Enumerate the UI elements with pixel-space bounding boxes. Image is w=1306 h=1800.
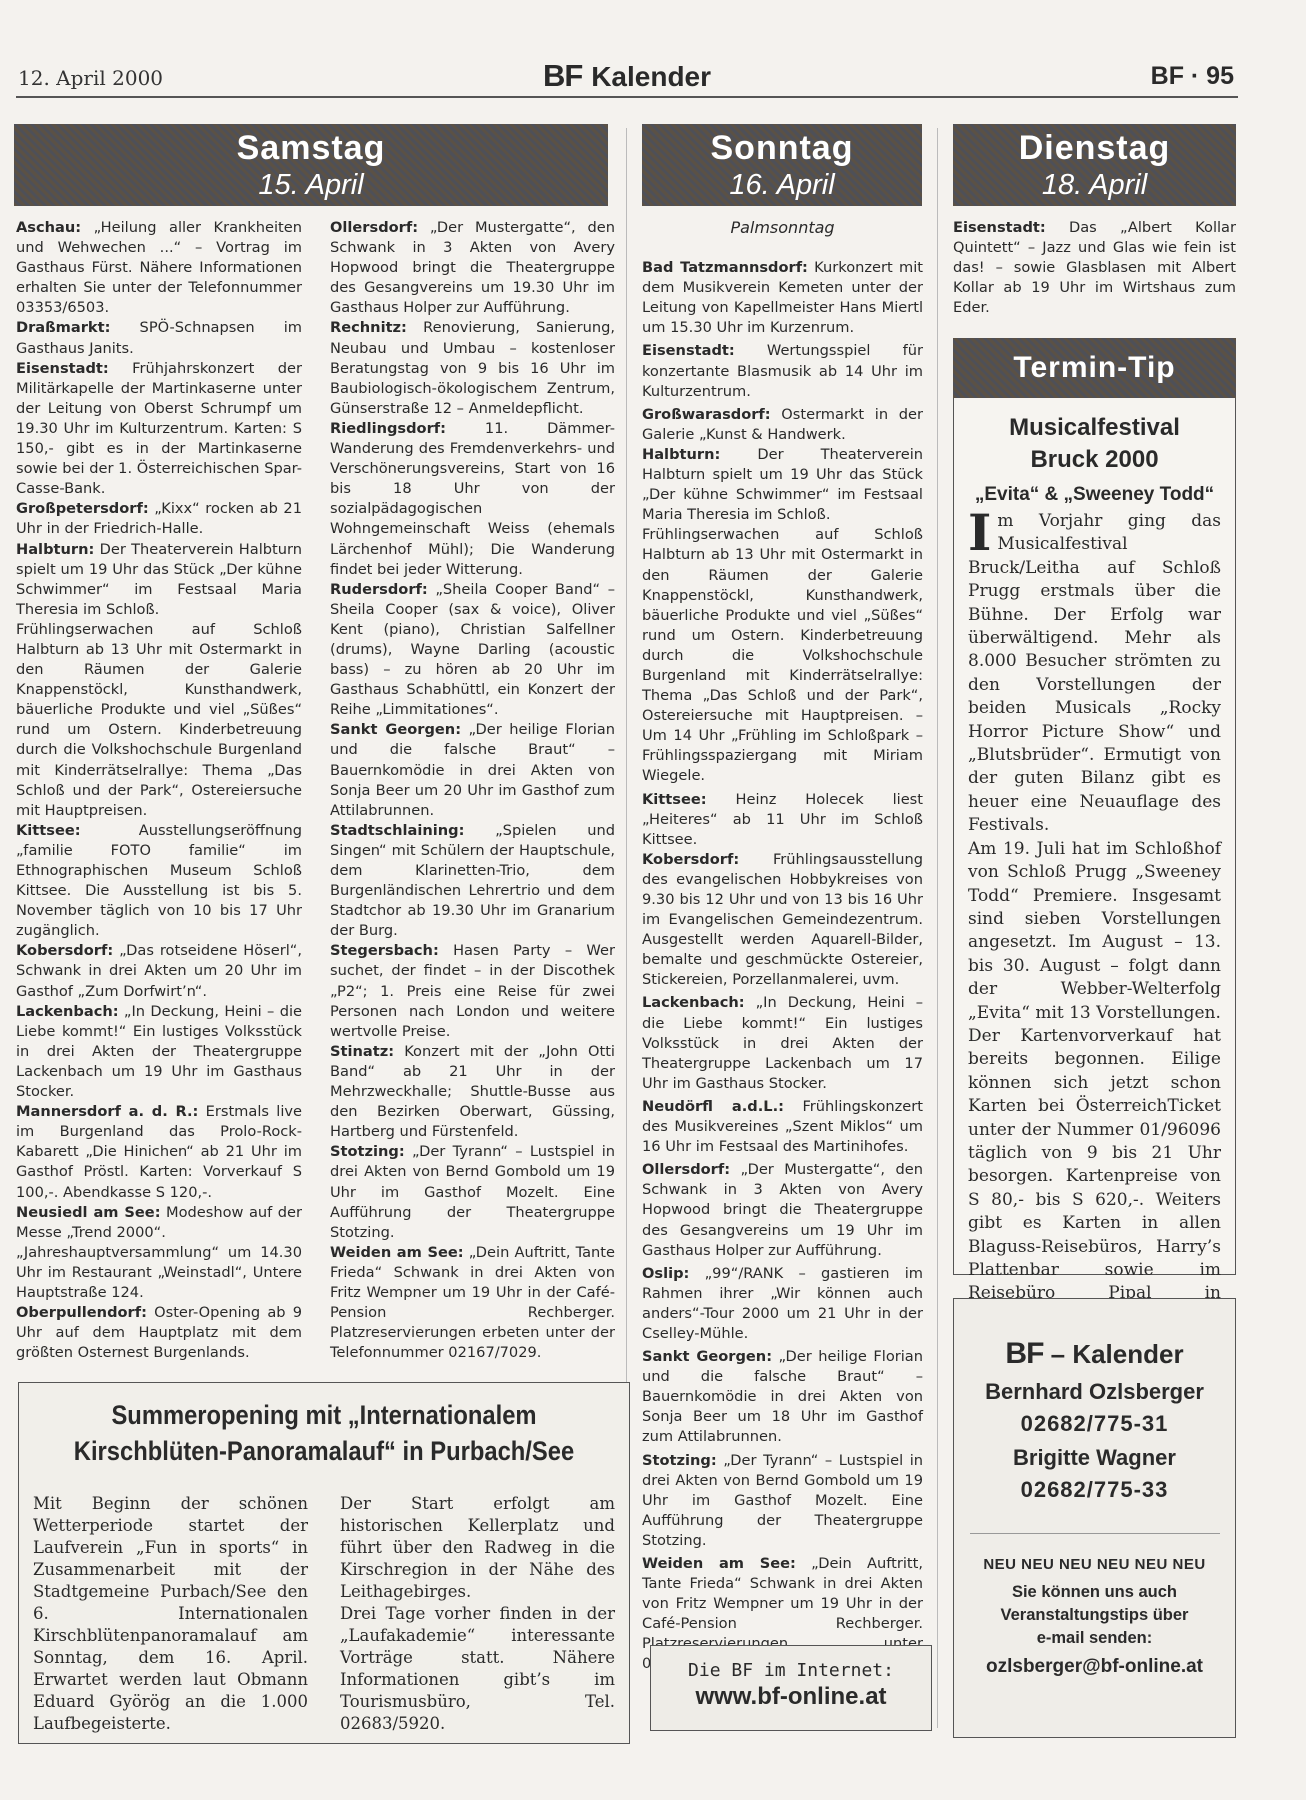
event-entry: Halbturn: Der Theaterverein Halbturn spi… (16, 540, 302, 620)
summeropening-article: Summeropening mit „Internationalem Kirsc… (18, 1382, 630, 1744)
contact-box: BF – Kalender Bernhard Ozlsberger 02682/… (953, 1298, 1236, 1738)
contact-name: Bernhard Ozlsberger (954, 1379, 1235, 1405)
article-headline: Summeropening mit „Internationalem Kirsc… (56, 1397, 593, 1469)
termin-tip-subtitle: „Evita“ & „Sweeney Todd“ (954, 484, 1235, 506)
event-entry: Frühlingserwachen auf Schloß Halbturn ab… (16, 620, 302, 821)
page-number: BF · 95 (1151, 62, 1234, 91)
event-entry: Sankt Georgen: „Der heilige Florian und … (330, 720, 615, 820)
banner-dienstag: Dienstag 18. April (953, 124, 1236, 206)
banner-day: Samstag (14, 124, 608, 168)
termin-tip-box: Musicalfestival Bruck 2000 „Evita“ & „Sw… (953, 398, 1236, 1275)
article-column-1: Mit Beginn der schönen Wetterperiode sta… (33, 1493, 308, 1735)
event-entry: Kobersdorf: „Das rotseidene Höserl“, Sch… (16, 941, 302, 1001)
termin-tip-header: Termin-Tip (953, 338, 1236, 398)
event-entry: Kittsee: Ausstellungseröffnung „familie … (16, 821, 302, 942)
banner-day: Dienstag (953, 124, 1236, 168)
event-entry: Neudörfl a.d.L.: Frühlingskonzert des Mu… (642, 1097, 923, 1157)
holiday-subtitle: Palmsonntag (642, 218, 923, 238)
event-entry: Lackenbach: „In Deckung, Heini – die Lie… (642, 993, 923, 1093)
new-badge: NEU NEU NEU NEU NEU NEU (954, 1556, 1235, 1573)
event-entry: Oberpullendorf: Oster-Opening ab 9 Uhr a… (16, 1303, 302, 1363)
dienstag-column: Eisenstadt: Das „Albert Kollar Quintett“… (953, 218, 1236, 318)
website-link[interactable]: www.bf-online.at (651, 1683, 931, 1711)
event-entry: Kittsee: Heinz Holecek liest „Heiteres“ … (642, 790, 923, 850)
event-entry: Großwarasdorf: Ostermarkt in der Galerie… (642, 405, 923, 445)
contact-message: Sie können uns auch Veranstaltungstips ü… (954, 1581, 1235, 1650)
contact-phone: 02682/775-31 (954, 1411, 1235, 1437)
internet-label: Die BF im Internet: (651, 1660, 931, 1681)
masthead: 12. April 2000 BF Kalender BF · 95 (16, 52, 1238, 98)
termin-tip-title: Musicalfestival Bruck 2000 (954, 412, 1235, 476)
event-entry: Rudersdorf: „Sheila Cooper Band“ – Sheil… (330, 580, 615, 721)
contact-name: Brigitte Wagner (954, 1445, 1235, 1471)
drop-cap: I (968, 512, 991, 554)
event-entry: Stinatz: Konzert mit der „John Otti Band… (330, 1042, 615, 1142)
bf-logo: BF (1005, 1337, 1043, 1370)
contact-phone: 02682/775-33 (954, 1477, 1235, 1503)
divider (970, 1533, 1220, 1534)
section-name: Kalender (591, 61, 711, 92)
event-entry: Stotzing: „Der Tyrann“ – Lustspiel in dr… (642, 1451, 923, 1551)
event-entry: Stegersbach: Hasen Party – Wer suchet, d… (330, 941, 615, 1041)
event-entry: „Jahreshauptversammlung“ um 14.30 Uhr im… (16, 1243, 302, 1303)
section-title: BF Kalender (16, 58, 1238, 94)
event-entry: Stadtschlaining: „Spielen und Singen“ mi… (330, 821, 615, 942)
banner-sonntag: Sonntag 16. April (642, 124, 922, 206)
samstag-column-2: Ollersdorf: „Der Mustergatte“, den Schwa… (330, 218, 615, 1363)
internet-box: Die BF im Internet: www.bf-online.at (650, 1645, 932, 1731)
event-entry: Mannersdorf a. d. R.: Erstmals live im B… (16, 1102, 302, 1202)
banner-date: 16. April (642, 168, 922, 202)
event-entry: Eisenstadt: Frühjahrskonzert der Militär… (16, 359, 302, 500)
event-entry: Stotzing: „Der Tyrann“ – Lustspiel in dr… (330, 1142, 615, 1242)
event-entry: Großpetersdorf: „Kixx“ rocken ab 21 Uhr … (16, 499, 302, 539)
article-column-2: Der Start erfolgt am historischen Keller… (340, 1493, 615, 1735)
event-entry: Eisenstadt: Das „Albert Kollar Quintett“… (953, 218, 1236, 318)
newspaper-page: 12. April 2000 BF Kalender BF · 95 Samst… (0, 0, 1306, 1800)
event-entry: Weiden am See: „Dein Auftritt, Tante Fri… (330, 1243, 615, 1364)
column-divider (937, 128, 938, 1728)
event-entry: Rechnitz: Renovierung, Sanierung, Neubau… (330, 318, 615, 418)
event-entry: Lackenbach: „In Deckung, Heini – die Lie… (16, 1002, 302, 1102)
contact-title: BF – Kalender (954, 1337, 1235, 1371)
termin-tip-body: Im Vorjahr ging das Musicalfestival Bruc… (968, 510, 1221, 1329)
event-entry: Oslip: „99“/RANK – gastieren im Rahmen i… (642, 1264, 923, 1344)
event-entry: Neusiedl am See: Modeshow auf der Messe … (16, 1203, 302, 1243)
event-entry: Draßmarkt: SPÖ-Schnapsen im Gasthaus Jan… (16, 318, 302, 358)
event-entry: Aschau: „Heilung aller Krankheiten und W… (16, 218, 302, 318)
event-entry: Bad Tatzmannsdorf: Kurkonzert mit dem Mu… (642, 258, 923, 338)
event-entry: Ollersdorf: „Der Mustergatte“, den Schwa… (330, 218, 615, 318)
sonntag-column: Palmsonntag Bad Tatzmannsdorf: Kurkonzer… (642, 218, 923, 1675)
event-entry: Riedlingsdorf: 11. Dämmer-Wanderung des … (330, 419, 615, 580)
event-entry: Ollersdorf: „Der Mustergatte“, den Schwa… (642, 1160, 923, 1260)
event-entry: Eisenstadt: Wertungsspiel für konzertant… (642, 341, 923, 401)
banner-day: Sonntag (642, 124, 922, 168)
banner-date: 15. April (14, 168, 608, 202)
event-entry: Sankt Georgen: „Der heilige Florian und … (642, 1347, 923, 1447)
banner-samstag: Samstag 15. April (14, 124, 608, 206)
event-entry: Kobersdorf: Frühlingsausstellung des eva… (642, 850, 923, 991)
email-link[interactable]: ozlsberger@bf-online.at (954, 1656, 1235, 1678)
bf-logo: BF (543, 58, 582, 93)
event-entry: Halbturn: Der Theaterverein Halbturn spi… (642, 445, 923, 525)
event-entry: Frühlingserwachen auf Schloß Halbturn ab… (642, 525, 923, 786)
samstag-column-1: Aschau: „Heilung aller Krankheiten und W… (16, 218, 302, 1363)
banner-date: 18. April (953, 168, 1236, 202)
